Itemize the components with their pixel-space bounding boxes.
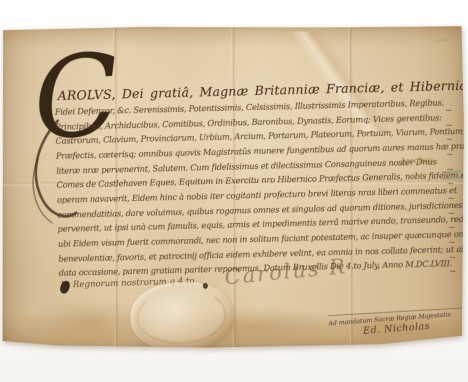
seal-ring [135, 286, 228, 347]
pencil-note [442, 171, 462, 184]
ink-speck [203, 283, 208, 289]
pencil-mark [433, 32, 448, 42]
pen-flourish-icon: ~ [447, 206, 459, 221]
inserted-name: Jacobus [401, 155, 434, 166]
document-paper: C AROLVS, Dei gratiâ, Magnæ Britanniæ Fr… [1, 25, 464, 349]
pen-flourish-icon: ~ [446, 148, 458, 163]
pen-flourish-icon: ~ [449, 265, 461, 280]
paper-surface: C AROLVS, Dei gratiâ, Magnæ Britanniæ Fr… [1, 25, 464, 349]
photo-canvas: C AROLVS, Dei gratiâ, Magnæ Britanniæ Fr… [0, 0, 468, 382]
pen-flourish-icon: ~ [445, 119, 457, 134]
pen-flourish-icon: ~ [446, 133, 458, 148]
pen-flourish-icon: ~ [447, 192, 459, 207]
pen-flourish-icon: ~ [448, 236, 460, 251]
pen-flourish-icon: ~ [448, 221, 460, 236]
pen-flourish-icon: ~ [445, 104, 457, 119]
pen-flourish-icon: ~ [448, 250, 460, 265]
body-lines: Fidei Defensor, &c. Serenissimis, Potent… [55, 95, 463, 281]
